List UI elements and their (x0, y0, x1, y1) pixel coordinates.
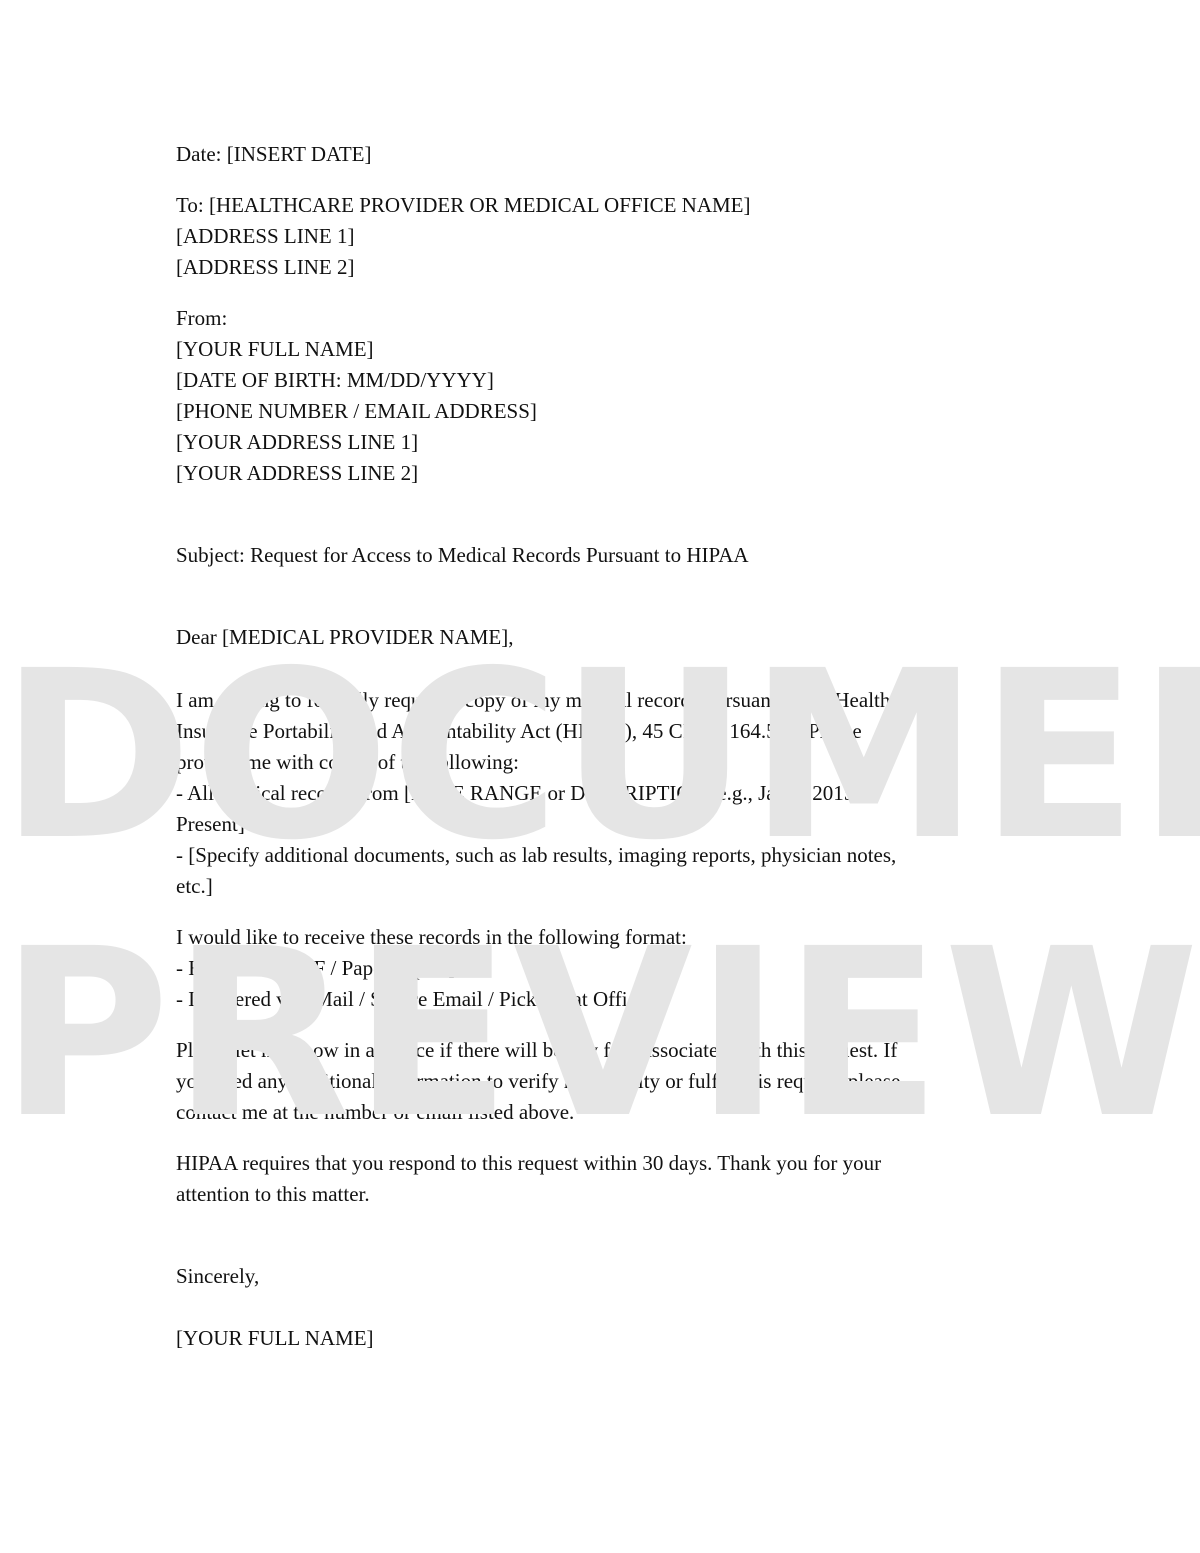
signature: [YOUR FULL NAME] (176, 1323, 374, 1354)
body-paragraph-1-line: Present] (176, 809, 245, 840)
recipient-address-line-1: [ADDRESS LINE 1] (176, 221, 355, 252)
sender-dob: [DATE OF BIRTH: MM/DD/YYYY] (176, 365, 494, 396)
subject-line: Subject: Request for Access to Medical R… (176, 540, 749, 571)
format-paragraph-line: I would like to receive these records in… (176, 922, 687, 953)
fees-paragraph-line: Please let me know in advance if there w… (176, 1035, 897, 1066)
body-paragraph-1-line: - All medical records from [DATE RANGE o… (176, 778, 876, 809)
date-line: Date: [INSERT DATE] (176, 139, 371, 170)
from-label: From: (176, 303, 227, 334)
recipient-name: To: [HEALTHCARE PROVIDER OR MEDICAL OFFI… (176, 190, 751, 221)
hipaa-paragraph-line: HIPAA requires that you respond to this … (176, 1148, 881, 1179)
sender-name: [YOUR FULL NAME] (176, 334, 374, 365)
sender-contact: [PHONE NUMBER / EMAIL ADDRESS] (176, 396, 537, 427)
fees-paragraph-line: contact me at the number or email listed… (176, 1097, 574, 1128)
closing: Sincerely, (176, 1261, 259, 1292)
body-paragraph-1-line: etc.] (176, 871, 213, 902)
body-paragraph-1-line: I am writing to formally request a copy … (176, 685, 890, 716)
sender-address-line-2: [YOUR ADDRESS LINE 2] (176, 458, 418, 489)
hipaa-paragraph-line: attention to this matter. (176, 1179, 370, 1210)
salutation: Dear [MEDICAL PROVIDER NAME], (176, 622, 514, 653)
format-paragraph-line: - Delivered via [Mail / Secure Email / P… (176, 984, 653, 1015)
format-paragraph-line: - Electronic [PDF / Paper copies] (176, 953, 455, 984)
body-paragraph-1-line: - [Specify additional documents, such as… (176, 840, 896, 871)
fees-paragraph-line: you need any additional information to v… (176, 1066, 900, 1097)
letter-page: Date: [INSERT DATE] To: [HEALTHCARE PROV… (0, 0, 1200, 1553)
body-paragraph-1-line: Insurance Portability and Accountability… (176, 716, 862, 747)
sender-address-line-1: [YOUR ADDRESS LINE 1] (176, 427, 418, 458)
recipient-address-line-2: [ADDRESS LINE 2] (176, 252, 355, 283)
body-paragraph-1-line: provide me with copies of the following: (176, 747, 519, 778)
